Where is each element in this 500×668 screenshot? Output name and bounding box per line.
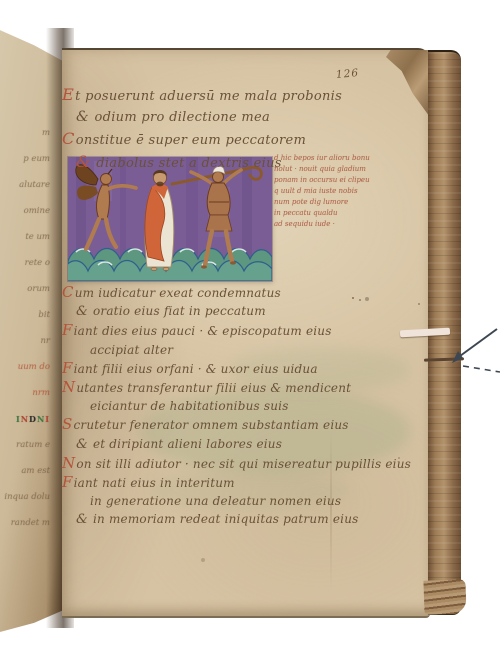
ink-specks bbox=[352, 297, 354, 299]
caption-line: ponam in occursu ei clipeu bbox=[274, 175, 366, 186]
psalm-line-text: oratio eius fiat in peccatum bbox=[89, 304, 266, 318]
caption-line: ad sequidu iude · bbox=[274, 219, 366, 230]
versal-initial: & bbox=[76, 512, 88, 527]
psalm-line: & odium pro dilectione mea bbox=[62, 107, 422, 128]
psalm-line-text: um iudicatur exeat condemnatus bbox=[75, 286, 281, 300]
psalm-line-text: odium pro dilectione mea bbox=[90, 110, 270, 125]
versal-initial: F bbox=[62, 359, 73, 377]
versal-initial: N bbox=[62, 378, 75, 396]
versal-initial: F bbox=[62, 473, 73, 491]
versal-initial: S bbox=[62, 415, 72, 433]
versal-initial: & bbox=[76, 304, 88, 319]
psalm-line-text: utantes transferantur filii eius & mendi… bbox=[76, 381, 351, 395]
psalm-text-top: Et posuerunt aduersū me mala probonis& o… bbox=[62, 84, 422, 174]
versal-initial: C bbox=[62, 129, 75, 148]
psalm-line-text: et diripiant alieni labores eius bbox=[89, 437, 282, 451]
psalm-line-text: on sit illi adiutor · nec sit qui misere… bbox=[76, 457, 411, 471]
psalm-line: accipiat alter bbox=[62, 341, 430, 359]
psalm-line: Fiant dies eius pauci · & episcopatum ei… bbox=[62, 321, 430, 340]
psalm-line-text: crutetur fenerator omnem substantiam eiu… bbox=[73, 418, 348, 432]
psalm-line-text: onstitue ē super eum peccatorem bbox=[76, 133, 306, 148]
psalm-line: & diabolus stet a dextris eius bbox=[62, 151, 422, 174]
psalm-line-text: eiciantur de habitationibus suis bbox=[90, 399, 289, 413]
psalm-line: Non sit illi adiutor · nec sit qui miser… bbox=[62, 454, 430, 473]
psalm-line: eiciantur de habitationibus suis bbox=[62, 397, 430, 415]
psalm-line: Scrutetur fenerator omnem substantiam ei… bbox=[62, 415, 430, 434]
miniature-painting bbox=[68, 157, 272, 281]
psalm-line-text: iant filii eius orfani · & uxor eius uid… bbox=[74, 362, 318, 376]
psalm-line: Et posuerunt aduersū me mala probonis bbox=[62, 84, 422, 107]
versal-initial: & bbox=[76, 109, 89, 125]
versal-initial: N bbox=[62, 454, 75, 472]
psalm-text-lower: Cum iudicatur exeat condemnatus& oratio … bbox=[62, 283, 430, 530]
versal-initial: E bbox=[62, 85, 74, 104]
caption-line: in peccatu qualdu bbox=[274, 208, 366, 219]
psalm-line-text: diabolus stet a dextris eius bbox=[92, 156, 282, 171]
psalm-line: Fiant filii eius orfani · & uxor eius ui… bbox=[62, 359, 430, 378]
versal-initial: & bbox=[76, 437, 88, 452]
psalm-line-text: t posuerunt aduersū me mala probonis bbox=[75, 89, 342, 104]
psalm-line-text: iant dies eius pauci · & episcopatum eiu… bbox=[74, 324, 332, 338]
psalm-line: Constitue ē super eum peccatorem bbox=[62, 128, 422, 151]
psalm-line: & et diripiant alieni labores eius bbox=[62, 435, 430, 454]
psalm-line-text: in memoriam redeat iniquitas patrum eius bbox=[89, 512, 359, 526]
page-stack-corner bbox=[423, 579, 466, 614]
psalm-line: Fiant nati eius in interitum bbox=[62, 473, 430, 492]
psalm-line: in generatione una deleatur nomen eius bbox=[62, 492, 430, 510]
caption-line: num pote dig lumore bbox=[274, 197, 366, 208]
manuscript-photo: mp eumalutareominete umrete oorumbitnruu… bbox=[0, 0, 500, 668]
psalm-line-text: iant nati eius in interitum bbox=[74, 476, 235, 490]
versal-initial: & bbox=[76, 152, 91, 171]
psalm-line: & oratio eius fiat in peccatum bbox=[62, 302, 430, 321]
psalm-line-text: accipiat alter bbox=[90, 343, 173, 357]
versal-initial: F bbox=[62, 321, 73, 339]
folio-number: 126 bbox=[336, 67, 360, 81]
versal-initial: C bbox=[62, 283, 74, 301]
psalm-line: Cum iudicatur exeat condemnatus bbox=[62, 283, 430, 302]
caption-line: q uult d mia iuste nobis bbox=[274, 186, 366, 197]
psalm-line-text: in generatione una deleatur nomen eius bbox=[90, 494, 341, 508]
psalm-line: Nutantes transferantur filii eius & mend… bbox=[62, 378, 430, 397]
psalm-line: & in memoriam redeat iniquitas patrum ei… bbox=[62, 510, 430, 529]
